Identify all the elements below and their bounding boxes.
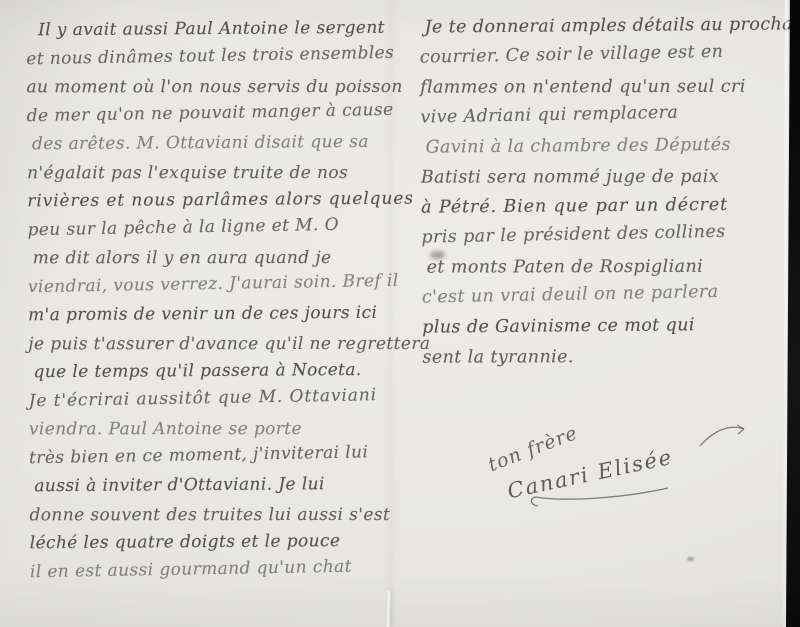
handwriting-line: sent la tyrannie.	[422, 342, 794, 373]
ink-smudge	[430, 251, 445, 259]
handwriting-line: je puis t'assurer d'avance qu'il ne regr…	[28, 329, 394, 358]
handwriting-line: Je t'écrirai aussitôt que M. Ottaviani	[28, 380, 394, 415]
handwriting-line: Batisti sera nommé juge de paix	[421, 162, 793, 193]
signature-underline-stroke	[524, 484, 674, 510]
handwriting-line: il en est aussi gourmand qu'un chat	[30, 551, 396, 586]
handwriting-line: vive Adriani qui remplacera	[420, 95, 793, 132]
handwriting-line: donne souvent des truites lui aussi s'es…	[29, 500, 395, 529]
paper-speck	[687, 557, 694, 561]
handwriting-line: très bien en ce moment, j'inviterai lui	[29, 437, 395, 472]
handwriting-line: c'est un vrai deuil on ne parlera	[422, 275, 795, 312]
handwriting-line: des arêtes. M. Ottaviani disait que sa	[32, 128, 393, 159]
handwriting-line: et nous dinâmes tout les trois ensembles	[26, 38, 392, 73]
signature-flourish-stroke	[698, 420, 754, 454]
letter-page-left: Il y avait aussi Paul Antoine le sergent…	[26, 14, 396, 587]
handwriting-line: plus de Gavinisme ce mot qui	[422, 309, 794, 342]
letter-page-right: Je te donnerai amples détails au prochai…	[419, 9, 794, 372]
handwriting-line: n'égalait pas l'exquise truite de nos	[27, 158, 393, 187]
handwriting-line: m'a promis de venir un de ces jours ici	[28, 299, 394, 330]
letter-scan-surface: Il y avait aussi Paul Antoine le sergent…	[0, 0, 800, 627]
handwriting-line: pris par le président des collines	[421, 215, 794, 252]
handwriting-line: aussi à inviter d'Ottaviani. Je lui	[34, 470, 395, 501]
handwriting-line: courrier. Ce soir le village est en	[420, 35, 793, 72]
handwriting-line: viendrai, vous verrez. J'aurai soin. Bre…	[28, 266, 394, 301]
handwriting-line: Gavini à la chambre des Députés	[425, 129, 792, 162]
handwriting-line: peu sur la pêche à la ligne et M. O	[27, 209, 393, 244]
handwriting-line: de mer qu'on ne pouvait manger à cause	[26, 95, 392, 130]
